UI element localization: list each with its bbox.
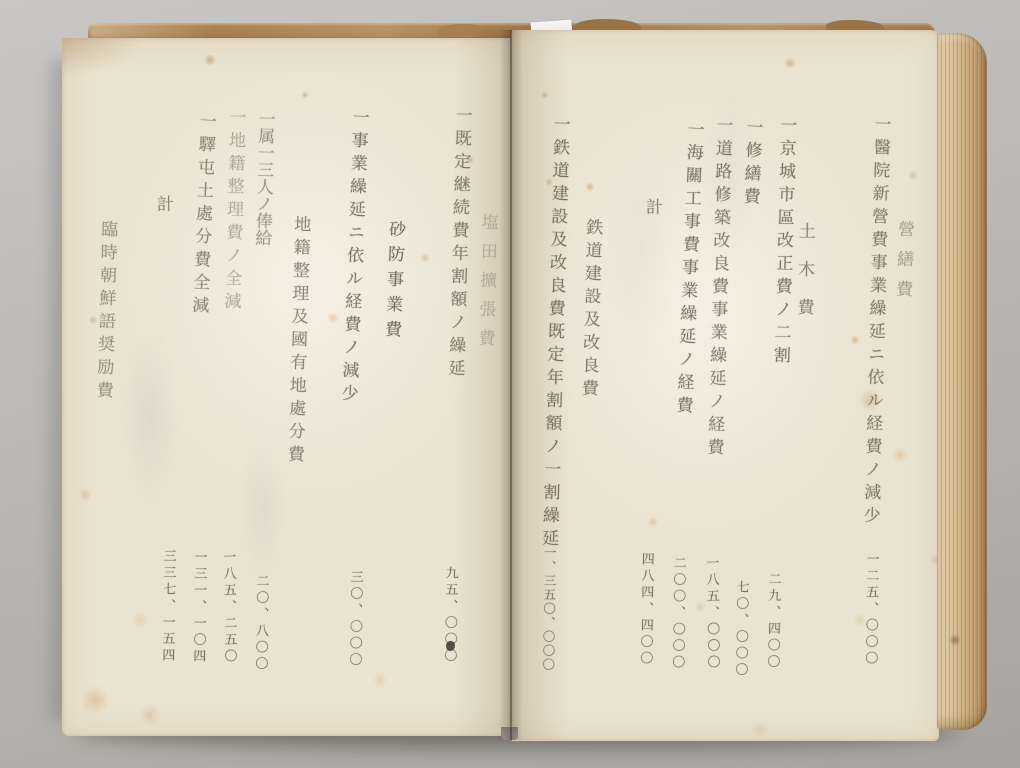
section-title: 土木費 [794,222,813,336]
total-label: 計 [643,198,660,221]
amount-column: 一八五、〇〇〇 [704,556,718,672]
total-amount: 四八四、四〇〇 [638,552,653,668]
gutter-gap [501,727,518,740]
amount-column: 二九、四〇〇 [765,572,779,671]
photo-background: 營繕費 一醫院新營費事業繰延ニ依ル経費ノ減少 一二五、〇〇〇 土木費 一京城市區… [0,0,1020,768]
entry-column: 一地籍整理費ノ全減 [221,108,244,315]
section-title: 鉄道建設及改良費 [578,218,600,402]
amount-column: 一三一、一〇四 [191,550,206,666]
amount-column: 二〇、八〇〇 [253,574,267,673]
section-title: 砂防事業費 [381,220,403,346]
amount-column: 三〇、〇〇〇 [347,570,361,669]
total-label: 計 [154,195,171,218]
torn-page-edge [438,24,484,37]
page-edges-right [937,33,987,730]
amount-column: 一八五、二五〇 [221,550,235,666]
amount-column: 一、三五〇、〇〇〇 [541,546,555,672]
amount-column: 七〇、〇〇〇 [733,580,747,679]
amount-column: 二〇〇、〇〇〇 [670,556,685,672]
entry-column: 一修繕費 [740,118,761,211]
total-amount: 三三七、一五四 [160,549,175,665]
section-title: 營繕費 [893,220,913,310]
section-title: 臨時朝鮮語奨励費 [93,220,115,404]
amount-column: 一二五、〇〇〇 [863,552,878,668]
section-title: 塩田擴張費 [475,213,496,358]
entry-column: 一属一三人ノ俸給 [252,110,273,246]
